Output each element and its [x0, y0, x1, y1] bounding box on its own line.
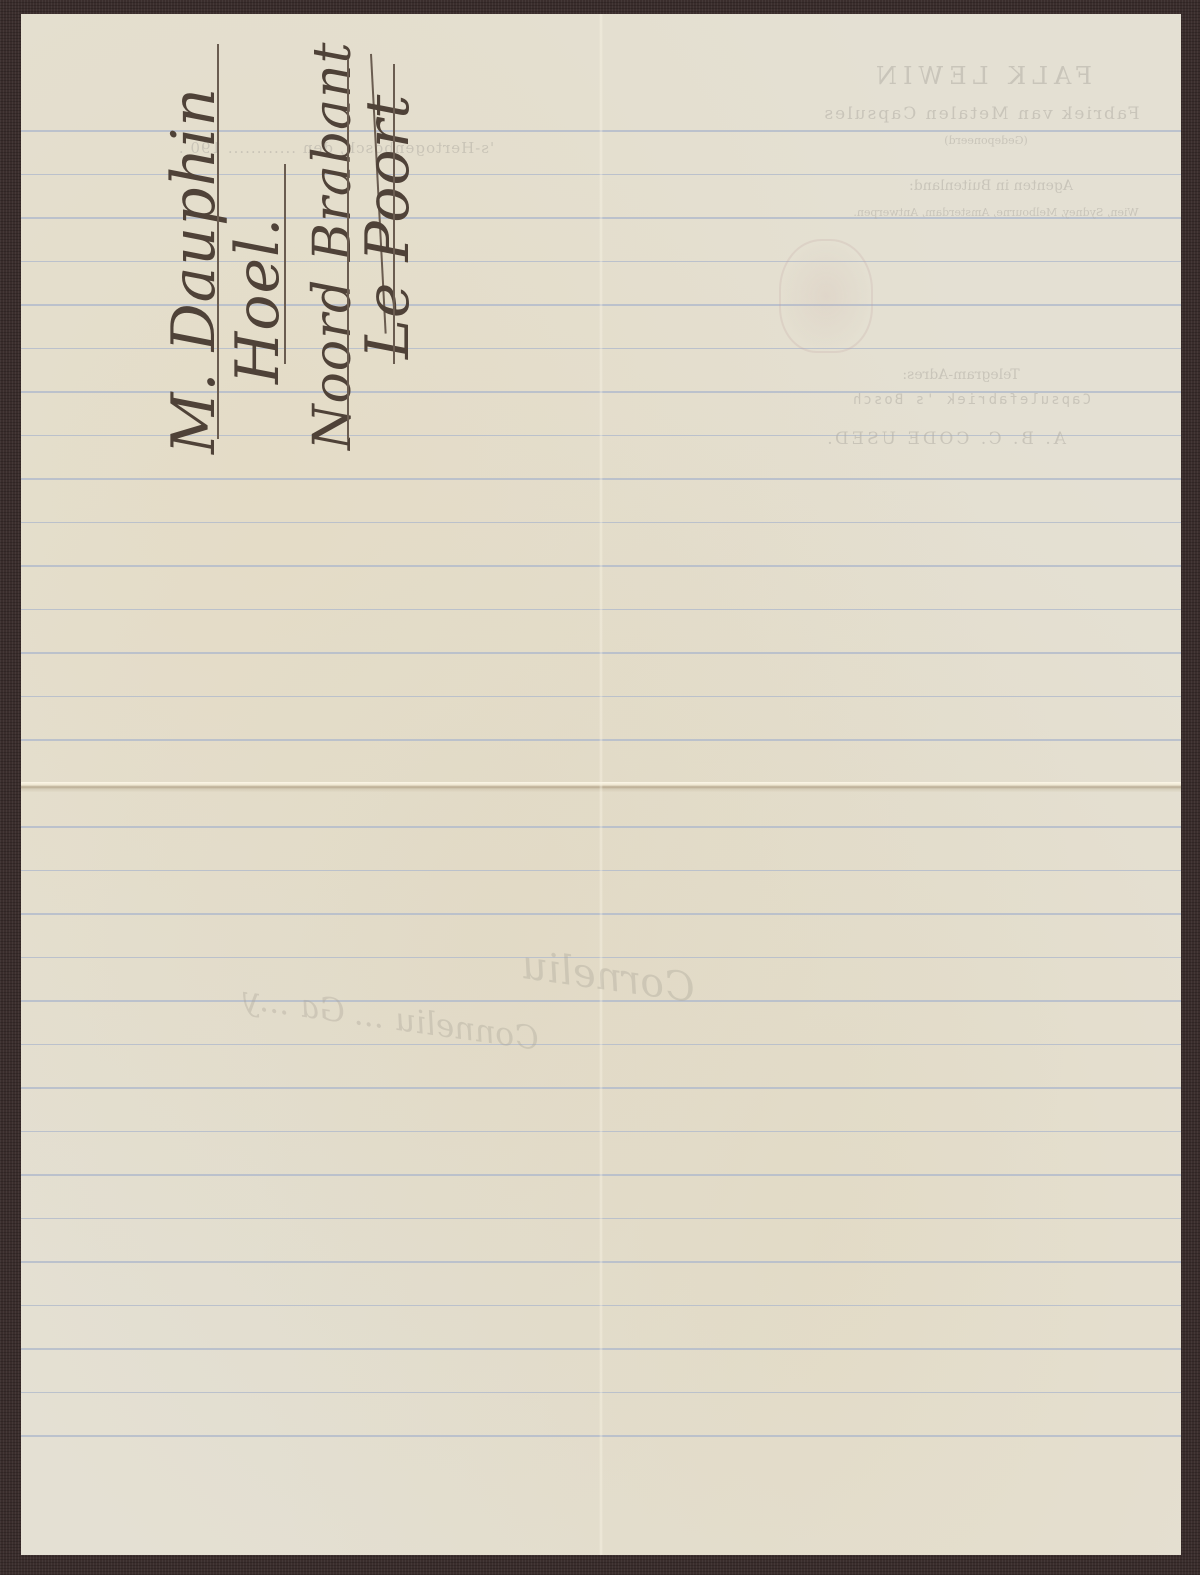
handwriting-line-2: Hoel.	[223, 217, 293, 384]
showthrough-emblem	[779, 239, 873, 353]
showthrough-code: A. B. C. CODE USED.	[866, 429, 1066, 449]
showthrough-telegram-label: Telegram-Adres:	[881, 367, 1041, 383]
vertical-fold-crease	[599, 14, 603, 1555]
showthrough-agencies: Wien, Sydney, Melbourne, Amsterdam, Antw…	[796, 206, 1181, 219]
letter-paper: FALK LEWIN Fabriek van Metalen Capsules …	[21, 14, 1181, 1555]
handwriting-underline-1	[217, 44, 219, 439]
showthrough-telegram: Capsulefabriek 's Bosch	[846, 392, 1096, 408]
showthrough-deposited: (Gedeponeerd)	[921, 134, 1051, 147]
showthrough-company-name: FALK LEWIN	[851, 62, 1111, 90]
showthrough-handwriting: Conneliu ... Ga ...y	[240, 978, 542, 1057]
handwriting-underline-2	[284, 164, 286, 364]
showthrough-agencies-label: Agenten in Buitenland:	[871, 178, 1111, 194]
handwriting-underline-3	[347, 59, 349, 439]
handwriting-line-4: Le Poort	[353, 94, 423, 359]
handwriting-underline-4	[393, 64, 395, 364]
showthrough-subtitle: Fabriek van Metalen Capsules	[791, 104, 1171, 124]
